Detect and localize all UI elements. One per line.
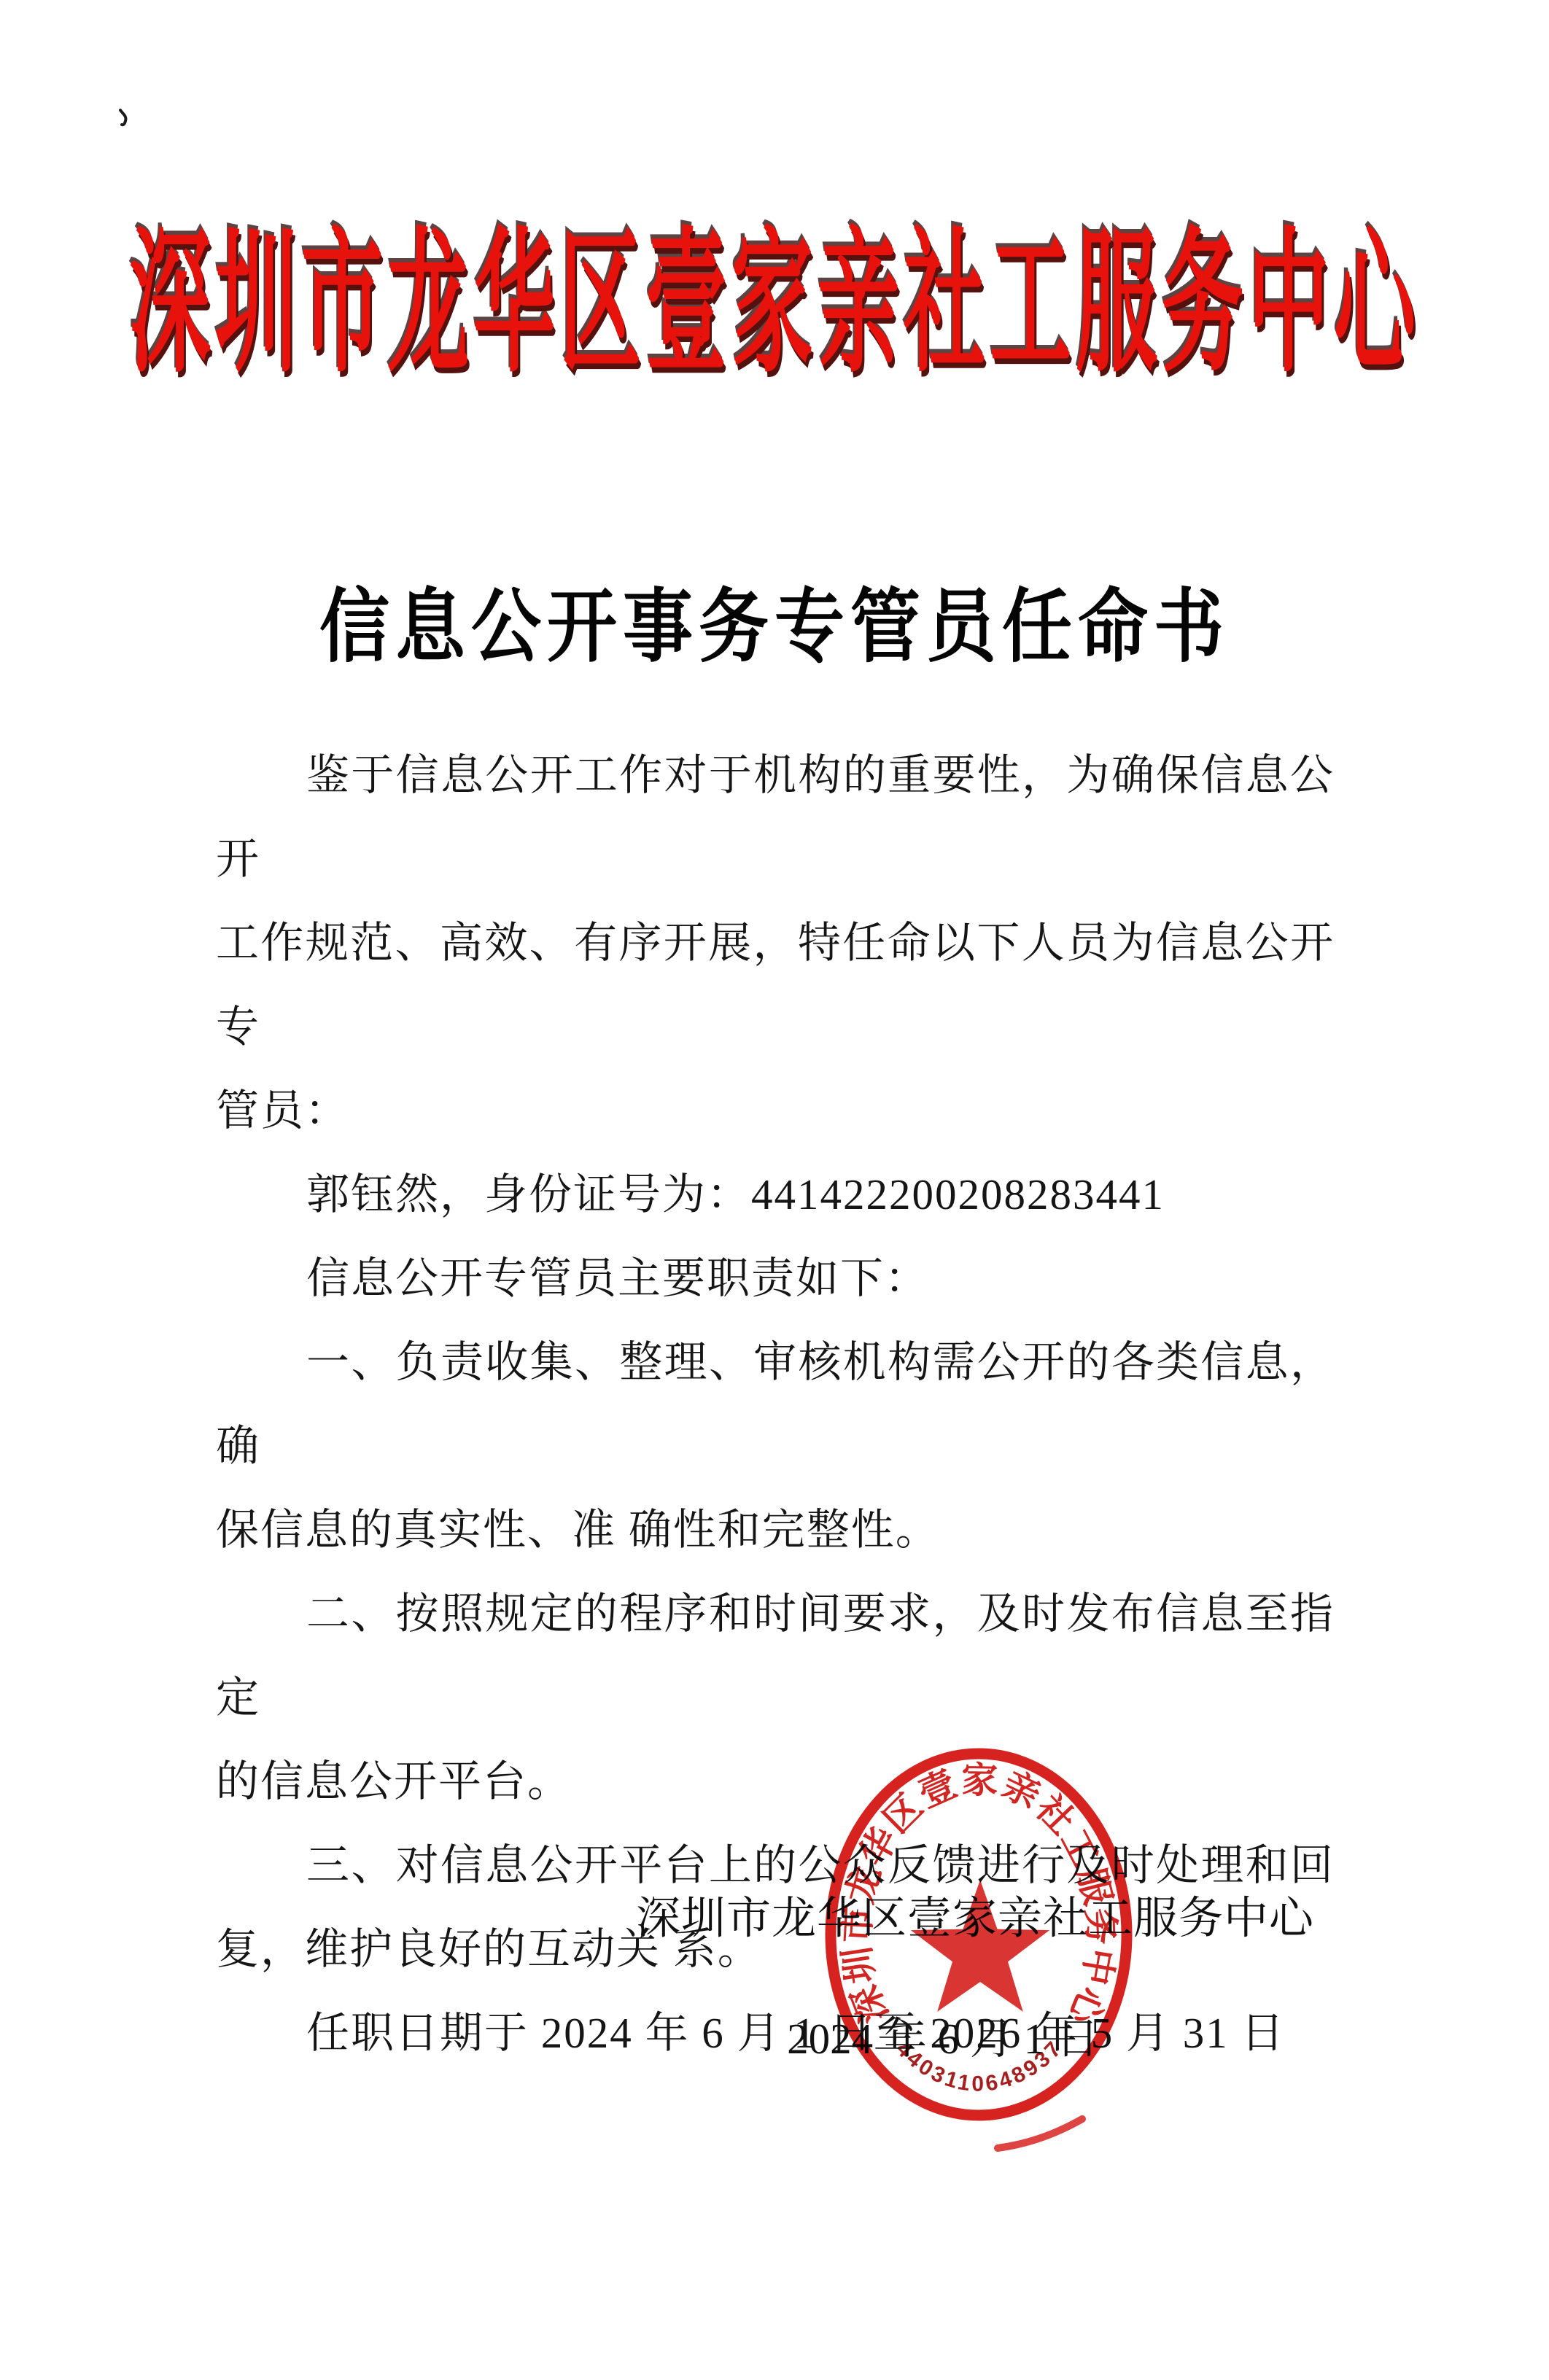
body-line: 工作规范、高效、有序开展，特任命以下人员为信息公开专 [216, 901, 1335, 1069]
signature-org: 深圳市龙华区壹家亲社工服务中心 [636, 1883, 1314, 1946]
scan-speck-artifact [115, 108, 134, 131]
organization-title: 深圳市龙华区壹家亲社工服务中心 [0, 179, 1549, 402]
document-page: 深圳市龙华区壹家亲社工服务中心 信息公开事务专管员任命书 鉴于信息公开工作对于机… [0, 0, 1549, 2380]
body-line: 郭钰然，身份证号为：441422200208283441 [216, 1153, 1335, 1237]
document-body: 鉴于信息公开工作对于机构的重要性，为确保信息公开 工作规范、高效、有序开展，特任… [216, 734, 1335, 2075]
body-line: 保信息的真实性、准 确性和完整性。 [216, 1488, 1335, 1572]
document-title: 信息公开事务专管员任命书 [0, 563, 1549, 678]
body-line: 任职日期于 2024 年 6 月 1 日至 2026 年 5 月 31 日 [216, 1991, 1335, 2075]
body-line: 二、按照规定的程序和时间要求，及时发布信息至指定 [216, 1572, 1335, 1740]
body-line: 信息公开专管员主要职责如下： [216, 1237, 1335, 1321]
body-line: 管员： [216, 1069, 1335, 1153]
body-line: 一、负责收集、整理、审核机构需公开的各类信息，确 [216, 1321, 1335, 1488]
signature-date: 2024 年 6 月 1 日 [786, 2004, 1100, 2066]
body-line: 的信息公开平台。 [216, 1740, 1335, 1824]
seal-smudge [998, 2119, 1082, 2148]
body-line: 鉴于信息公开工作对于机构的重要性，为确保信息公开 [216, 734, 1335, 901]
